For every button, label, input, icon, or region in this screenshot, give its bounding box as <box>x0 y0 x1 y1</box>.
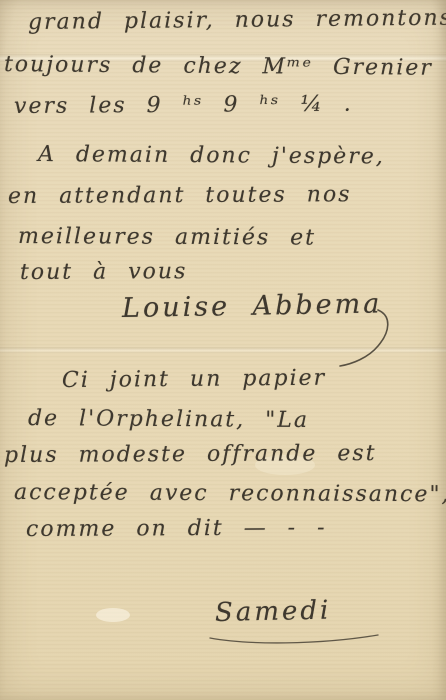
handwritten-line: acceptée avec reconnaissance", <box>14 480 446 507</box>
handwritten-line: de l'Orphelinat, "La <box>28 406 309 433</box>
handwritten-line: tout à vous <box>20 259 187 285</box>
letter-page: grand plaisir, nous remontons toujours d… <box>0 0 446 700</box>
handwritten-line: vers les 9 ʰˢ 9 ʰˢ ¼ . <box>14 92 353 119</box>
date-line: Samedi <box>215 596 332 628</box>
paper-crease <box>0 347 446 353</box>
handwritten-line: meilleures amitiés et <box>18 224 316 251</box>
paper-blemish <box>96 608 130 622</box>
handwritten-line: grand plaisir, nous remontons <box>28 6 446 35</box>
handwritten-line: en attendant toutes nos <box>8 182 352 209</box>
samedi-underline-stroke <box>208 632 383 648</box>
handwritten-line: comme on dit — - - <box>26 515 327 542</box>
handwritten-line: plus modeste offrande est <box>4 441 377 468</box>
handwritten-line: A demain donc j'espère, <box>38 142 385 169</box>
signature: Louise Abbema <box>122 288 383 324</box>
handwritten-line: toujours de chez Mᵐᵉ Grenier <box>4 52 433 81</box>
handwritten-line: Ci joint un papier <box>62 366 326 393</box>
